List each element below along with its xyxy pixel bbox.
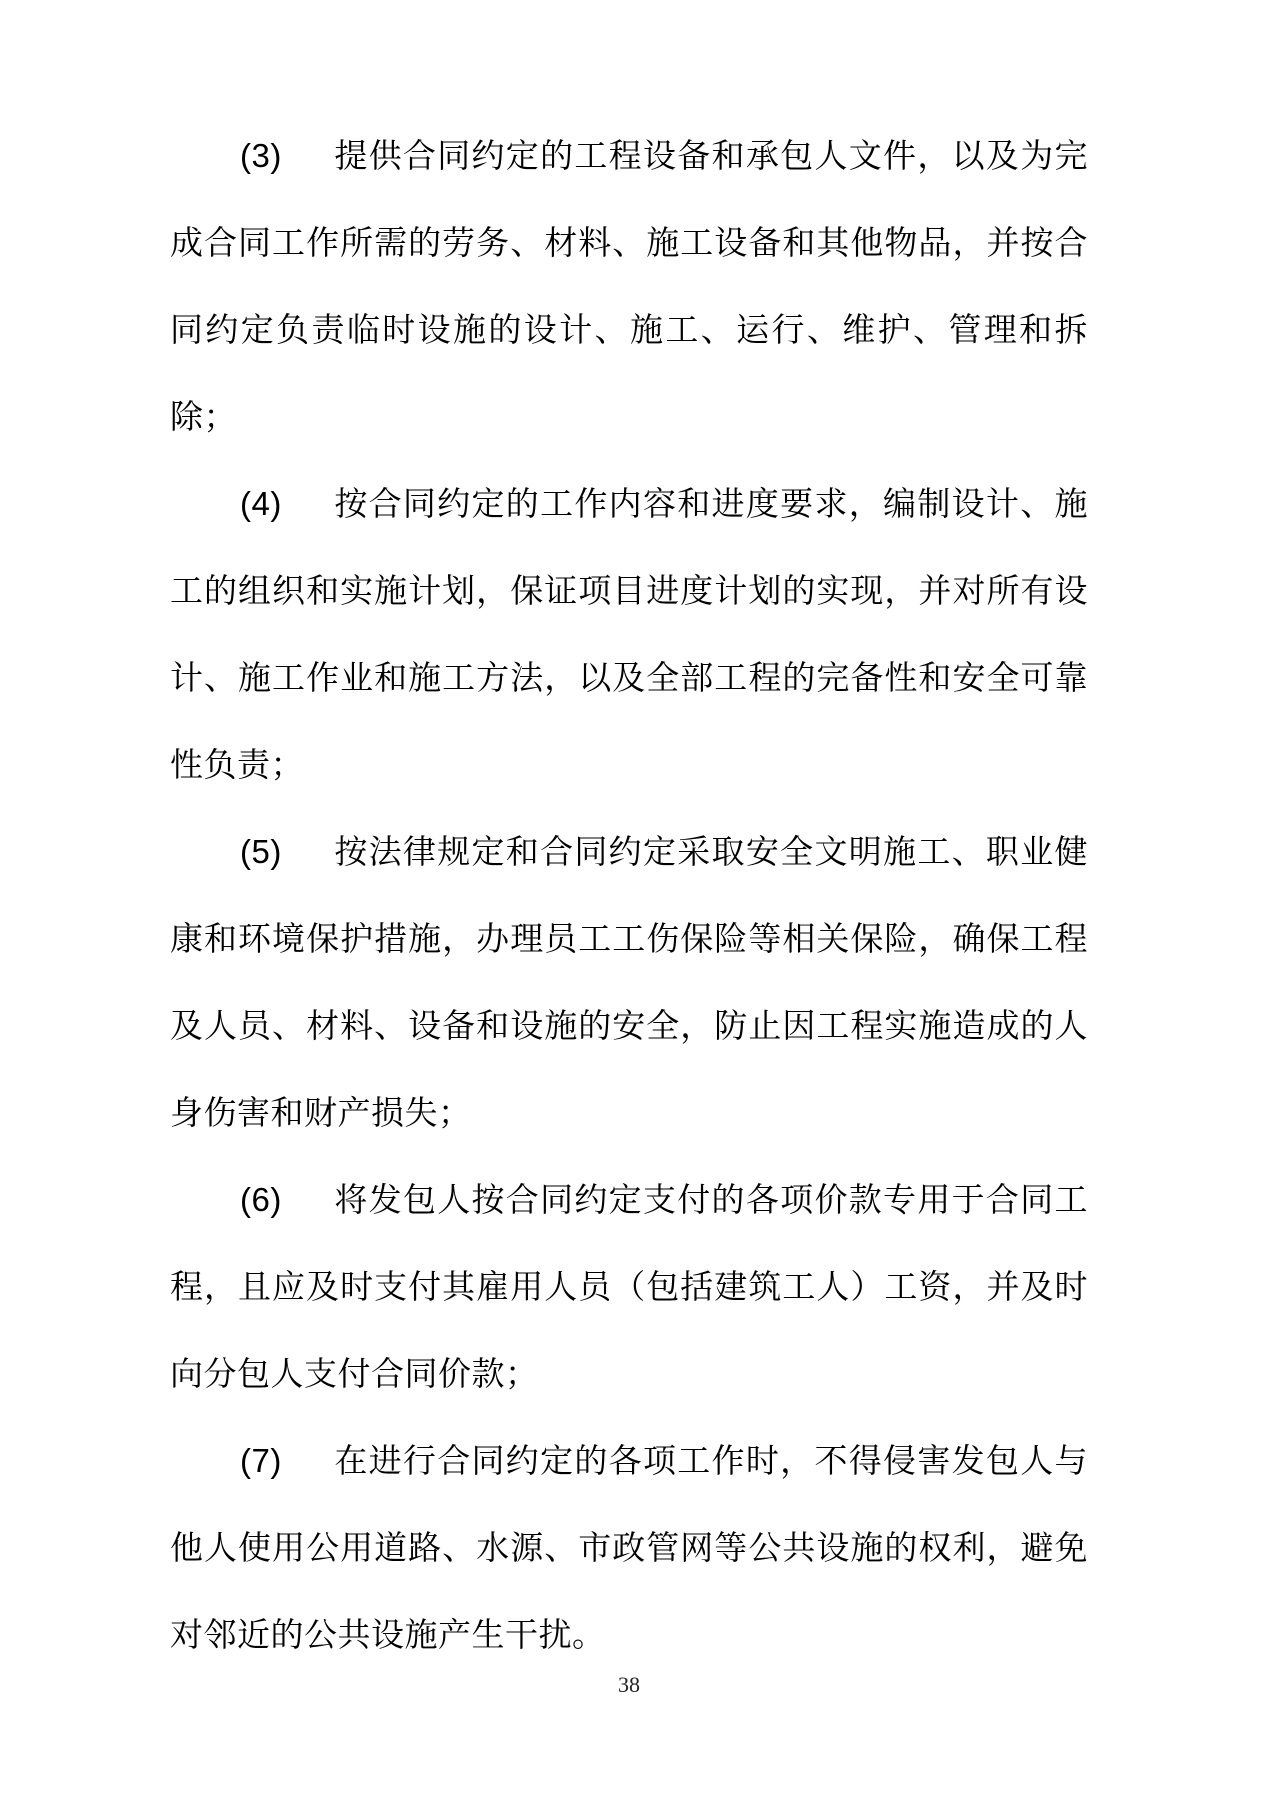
document-body: (3) 提供合同约定的工程设备和承包人文件，以及为完成合同工作所需的劳务、材料、… (0, 0, 1280, 1678)
clause-text: 按法律规定和合同约定采取安全文明施工、职业健康和环境保护措施，办理员工工伤保险等… (170, 833, 1088, 1131)
clause-paragraph-7: (7) 在进行合同约定的各项工作时，不得侵害发包人与他人使用公用道路、水源、市政… (170, 1417, 1088, 1678)
clause-number: (7) (240, 1442, 282, 1479)
clause-paragraph-6: (6) 将发包人按合同约定支付的各项价款专用于合同工程，且应及时支付其雇用人员（… (170, 1156, 1088, 1417)
clause-number: (4) (240, 485, 282, 522)
clause-paragraph-5: (5) 按法律规定和合同约定采取安全文明施工、职业健康和环境保护措施，办理员工工… (170, 808, 1088, 1156)
clause-text: 在进行合同约定的各项工作时，不得侵害发包人与他人使用公用道路、水源、市政管网等公… (170, 1442, 1088, 1653)
clause-text: 将发包人按合同约定支付的各项价款专用于合同工程，且应及时支付其雇用人员（包括建筑… (170, 1181, 1088, 1392)
clause-paragraph-3: (3) 提供合同约定的工程设备和承包人文件，以及为完成合同工作所需的劳务、材料、… (170, 112, 1088, 460)
clause-number: (6) (240, 1181, 282, 1218)
clause-text: 按合同约定的工作内容和进度要求，编制设计、施工的组织和实施计划，保证项目进度计划… (170, 485, 1088, 783)
clause-paragraph-4: (4) 按合同约定的工作内容和进度要求，编制设计、施工的组织和实施计划，保证项目… (170, 460, 1088, 808)
clause-text: 提供合同约定的工程设备和承包人文件，以及为完成合同工作所需的劳务、材料、施工设备… (170, 137, 1088, 435)
clause-number: (3) (240, 137, 282, 174)
document-page: (3) 提供合同约定的工程设备和承包人文件，以及为完成合同工作所需的劳务、材料、… (0, 0, 1280, 1810)
clause-number: (5) (240, 833, 282, 870)
page-number: 38 (170, 1672, 1088, 1698)
